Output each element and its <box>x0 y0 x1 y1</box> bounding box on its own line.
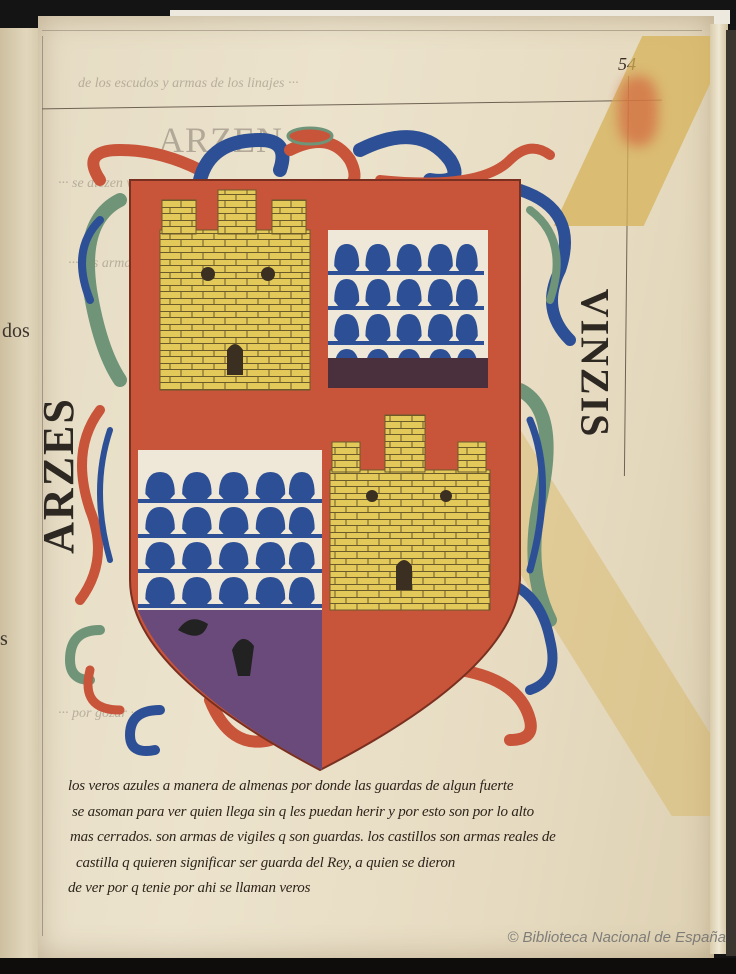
header-rule <box>42 100 662 110</box>
caption-line: mas cerrados. son armas de vigiles q son… <box>70 825 678 851</box>
copyright-credit: © Biblioteca Nacional de España <box>507 929 726 946</box>
caption-line: castilla q quieren significar ser guarda… <box>76 851 678 877</box>
manuscript-caption: los veros azules a manera de almenas por… <box>68 774 678 902</box>
caption-line: de ver por q tenie por ahi se llaman ver… <box>68 876 678 902</box>
left-page-fragment: dos <box>2 320 30 343</box>
vair-top-right <box>328 230 488 388</box>
book-edge <box>726 30 736 956</box>
castle-bottom-right <box>330 415 490 610</box>
red-stain <box>618 76 658 146</box>
left-page-fragment: s <box>0 628 8 651</box>
top-rule <box>42 30 702 31</box>
caption-line: los veros azules a manera de almenas por… <box>68 774 678 800</box>
coat-of-arms-illumination <box>60 110 580 790</box>
caption-line: se asoman para ver quien llega sin q les… <box>72 800 678 826</box>
purple-base <box>138 610 322 770</box>
bottom-border <box>0 958 736 974</box>
shield <box>130 180 520 770</box>
castle-top-left <box>160 190 310 390</box>
bleed-through-text: de los escudos y armas de los linajes ··… <box>78 76 298 92</box>
vair-bottom-left <box>138 450 322 610</box>
